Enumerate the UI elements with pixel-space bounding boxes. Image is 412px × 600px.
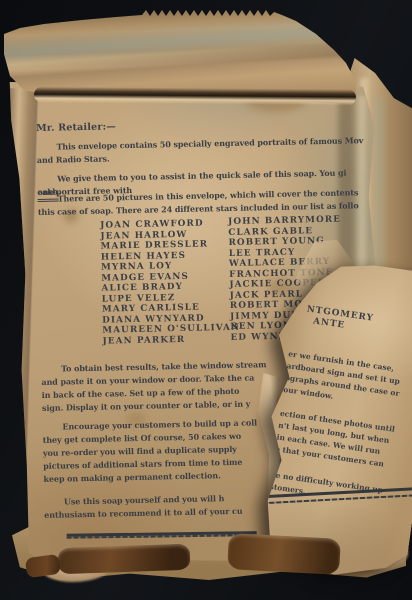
envelope-photo: Mr. Retailer:— This envelope contains 50… xyxy=(0,0,412,600)
star-name: JEAN PARKER xyxy=(102,333,240,346)
paragraph-fragment: er we furnish in the case, ardboard sign… xyxy=(282,348,403,412)
salutation: Mr. Retailer:— xyxy=(36,115,370,135)
torn-flap-piece: NTGOMERY ANTE er we furnish in the case,… xyxy=(276,256,412,568)
paragraph-fragment: ection of these photos until n't last yo… xyxy=(274,408,395,472)
letter-line: We give them to you to assist in the qui… xyxy=(37,166,371,186)
damage-patch xyxy=(58,544,191,575)
paragraph: We give them to you to assist in the qui… xyxy=(37,166,371,186)
left-folded-edge xyxy=(0,88,38,561)
paragraph: This envelope contains 50 specially engr… xyxy=(36,134,370,167)
envelope-opening-slit xyxy=(34,87,356,106)
line-fragment: cake. xyxy=(37,186,60,199)
star-column-left: JOAN CRAWFORD JEAN HARLOW MARIE DRESSLER… xyxy=(100,218,240,347)
damage-patch xyxy=(227,533,341,575)
torn-flap-text: NTGOMERY ANTE er we furnish in the case,… xyxy=(269,303,411,509)
